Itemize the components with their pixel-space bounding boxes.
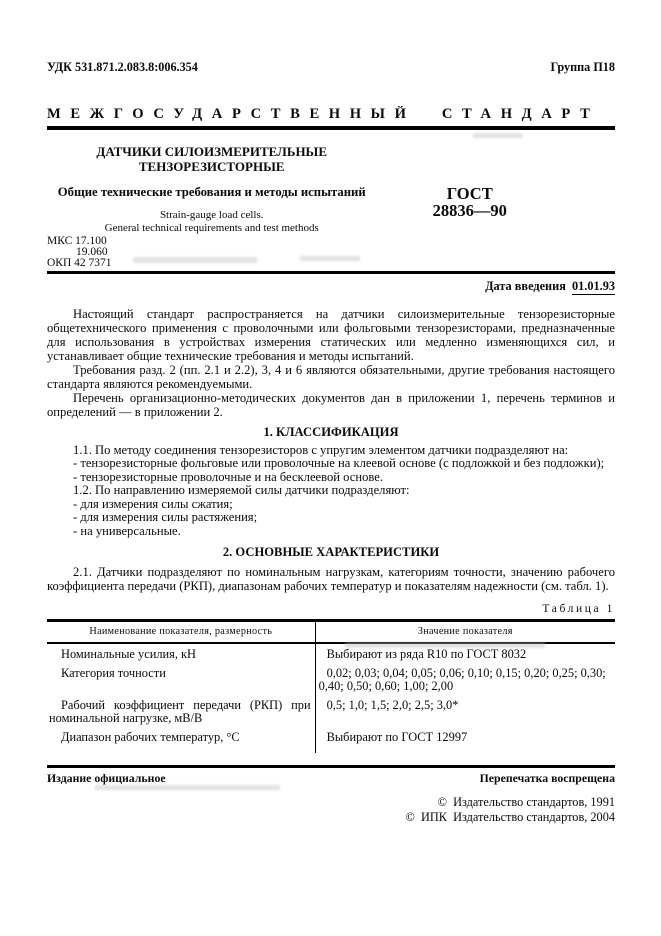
table-cell-name: Номинальные усилия, кН: [47, 643, 315, 663]
section-2-heading: 2. ОСНОВНЫЕ ХАРАКТЕРИСТИКИ: [47, 545, 615, 559]
table-cell-value: Выбирают по ГОСТ 12997: [315, 727, 615, 753]
effective-date: Дата введения 01.01.93: [47, 279, 615, 293]
table-cell-name: Диапазон рабочих температур, °С: [47, 727, 315, 753]
page-content: УДК 531.871.2.083.8:006.354 Группа П18 М…: [0, 0, 661, 826]
classification-item: 1.1. По методу соединения тензорезисторо…: [47, 444, 615, 458]
table-caption: Таблица 1: [47, 603, 615, 616]
english-title-line2: General technical requirements and test …: [47, 222, 376, 235]
table-header-name: Наименование показателя, размерность: [47, 621, 315, 644]
footer-rule: [47, 765, 615, 768]
intro-paragraphs: Настоящий стандарт распространяется на д…: [47, 307, 615, 419]
table-row: Диапазон рабочих температур, °С Выбирают…: [47, 727, 615, 753]
codes-block: МКС 17.100 19.060 ОКП 42 7371: [47, 236, 615, 269]
intro-paragraph: Перечень организационно-методических док…: [47, 391, 615, 419]
table-cell-name: Рабочий коэффициент передачи (РКП) при н…: [47, 695, 315, 727]
document-subtitle: Общие технические требования и методы ис…: [47, 185, 376, 199]
copyright-line-1991: © Издательство стандартов, 1991: [47, 795, 615, 811]
classification-item: - на универсальные.: [47, 525, 615, 539]
udk-code: УДК 531.871.2.083.8:006.354: [47, 60, 198, 74]
characteristics-table: Наименование показателя, размерность Зна…: [47, 619, 615, 753]
english-title-line1: Strain-gauge load cells.: [47, 209, 376, 222]
intro-paragraph: Требования разд. 2 (пп. 2.1 и 2.2), 3, 4…: [47, 363, 615, 391]
subtitle-row: Общие технические требования и методы ис…: [47, 185, 615, 234]
copyright-block: © Издательство стандартов, 1991 © ИПК Из…: [47, 795, 615, 826]
section-2-paragraph: 2.1. Датчики подразделяют по номинальным…: [47, 565, 615, 593]
table-header-value: Значение показателя: [315, 621, 615, 644]
footer-row: Издание официальное Перепечатка воспреще…: [47, 771, 615, 785]
group-code: Группа П18: [550, 60, 615, 74]
gost-label: ГОСТ: [376, 185, 563, 202]
table-row: Категория точности 0,02; 0,03; 0,04; 0,0…: [47, 663, 615, 695]
official-edition-label: Издание официальное: [47, 771, 166, 785]
effective-date-value: 01.01.93: [572, 279, 615, 295]
classification-item: - тензорезисторные фольговые или проволо…: [47, 457, 615, 471]
horizontal-rule: [47, 271, 615, 274]
standard-type-banner: МЕЖГОСУДАРСТВЕННЫЙ СТАНДАРТ: [47, 106, 615, 130]
table-header-row: Наименование показателя, размерность Зна…: [47, 621, 615, 644]
classification-item: - для измерения силы сжатия;: [47, 498, 615, 512]
table-cell-value: 0,5; 1,0; 1,5; 2,0; 2,5; 3,0*: [315, 695, 615, 727]
scan-artifact: [473, 133, 523, 138]
table-row: Рабочий коэффициент передачи (РКП) при н…: [47, 695, 615, 727]
subtitle-column: Общие технические требования и методы ис…: [47, 185, 376, 234]
document-page: { "colors": { "ink": "#0b0b0b", "paper":…: [0, 0, 661, 936]
scan-artifact: [300, 256, 360, 261]
scan-artifact: [345, 642, 545, 648]
section-2-body: 2.1. Датчики подразделяют по номинальным…: [47, 565, 615, 593]
table-cell-value: 0,02; 0,03; 0,04; 0,05; 0,06; 0,10; 0,15…: [315, 663, 615, 695]
document-title-line2: ТЕНЗОРЕЗИСТОРНЫЕ: [47, 160, 376, 175]
section-1-heading: 1. КЛАССИФИКАЦИЯ: [47, 425, 615, 439]
section-1-items: 1.1. По методу соединения тензорезисторо…: [47, 444, 615, 539]
mks-code: МКС 17.100: [47, 236, 615, 247]
english-title: Strain-gauge load cells. General technic…: [47, 209, 376, 234]
intro-paragraph: Настоящий стандарт распространяется на д…: [47, 307, 615, 363]
classification-item: - для измерения силы растяжения;: [47, 511, 615, 525]
classification-item: 1.2. По направлению измеряемой силы датч…: [47, 484, 615, 498]
classification-row: УДК 531.871.2.083.8:006.354 Группа П18: [47, 60, 615, 74]
classification-item: - тензорезисторные проволочные и на беск…: [47, 471, 615, 485]
gost-designation: ГОСТ 28836—90: [376, 185, 615, 219]
gost-number: 28836—90: [376, 202, 563, 219]
reprint-prohibited-label: Перепечатка воспрещена: [480, 771, 615, 785]
table-cell-name: Категория точности: [47, 663, 315, 695]
copyright-line-2004: © ИПК Издательство стандартов, 2004: [47, 810, 615, 826]
scan-artifact: [133, 257, 257, 263]
scan-artifact: [95, 785, 280, 790]
document-title: ДАТЧИКИ СИЛОИЗМЕРИТЕЛЬНЫЕ ТЕНЗОРЕЗИСТОРН…: [47, 145, 376, 174]
effective-date-label: Дата введения: [485, 279, 566, 293]
document-title-line1: ДАТЧИКИ СИЛОИЗМЕРИТЕЛЬНЫЕ: [47, 145, 376, 160]
